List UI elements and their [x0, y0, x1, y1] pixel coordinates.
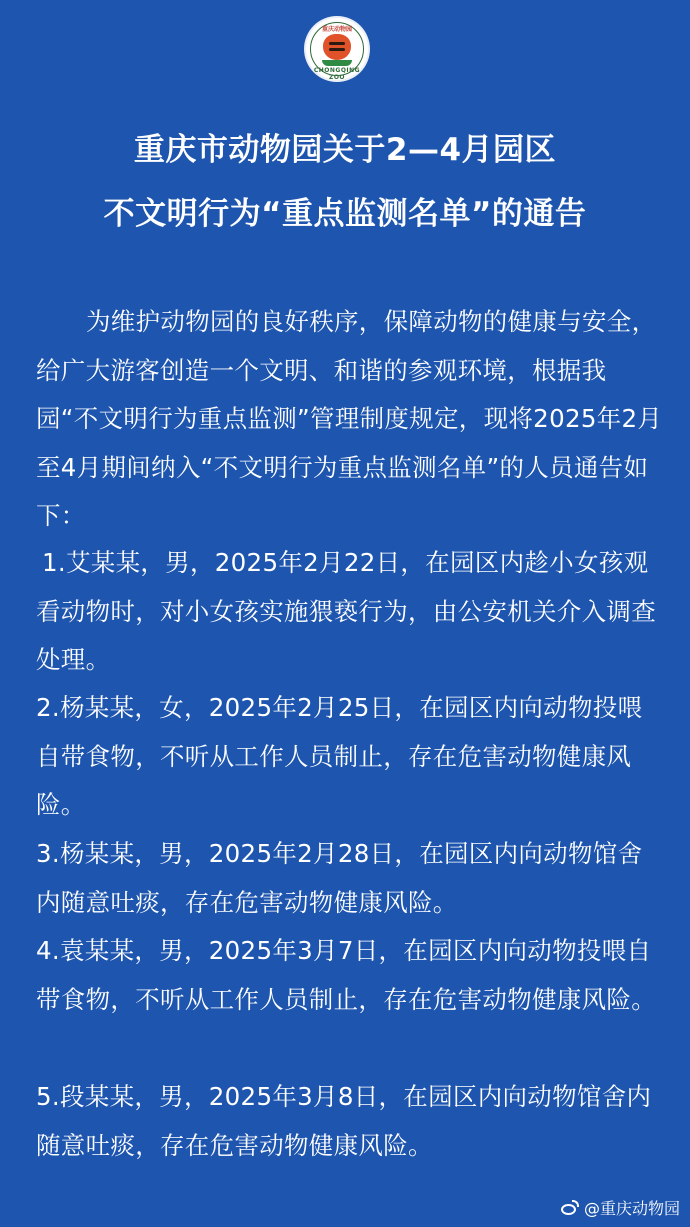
chongqing-zoo-logo: 重庆动物园 CHONGQING ZOO [306, 18, 368, 80]
notice-title-line1: 重庆市动物园关于2—4月园区 [0, 124, 690, 169]
tiger-head-icon [323, 34, 351, 60]
list-item: 1.艾某某，男，2025年2月22日，在园区内趁小女孩观看动物时，对小女孩实施猥… [36, 539, 666, 685]
weibo-icon [560, 1200, 580, 1216]
weibo-watermark: @重庆动物园 [560, 1196, 680, 1219]
intro-paragraph: 为维护动物园的良好秩序，保障动物的健康与安全，给广大游客创造一个文明、和谐的参观… [36, 298, 666, 541]
logo-bottom-text: CHONGQING ZOO [306, 67, 368, 81]
logo-top-text: 重庆动物园 [306, 24, 368, 33]
watermark-text: @重庆动物园 [584, 1196, 680, 1219]
notice-title-line2: 不文明行为“重点监测名单”的通告 [0, 188, 690, 233]
list-item: 5.段某某，男，2025年3月8日，在园区内向动物馆舍内随意吐痰，存在危害动物健… [36, 1073, 666, 1170]
grass-icon [322, 60, 352, 66]
list-item: 3.杨某某，男，2025年2月28日，在园区内向动物馆舍内随意吐痰，存在危害动物… [36, 830, 666, 927]
list-item: 4.袁某某，男，2025年3月7日，在园区内向动物投喂自带食物，不听从工作人员制… [36, 927, 666, 1024]
list-item: 2.杨某某，女，2025年2月25日，在园区内向动物投喂自带食物，不听从工作人员… [36, 684, 666, 830]
